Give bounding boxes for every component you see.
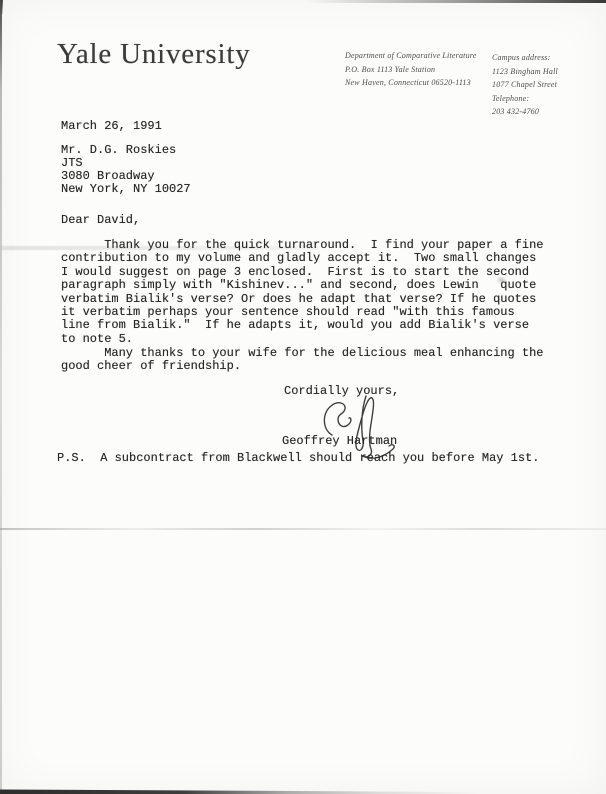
scan-crease-line — [0, 528, 606, 530]
yale-university-logotype: Yale University — [57, 38, 251, 71]
department-address-block: Department of Comparative Literature P.O… — [345, 49, 477, 90]
recipient-address-block: Mr. D.G. Roskies JTS 3080 Broadway New Y… — [61, 144, 191, 196]
body-paragraph-2: Many thanks to your wife for the delicio… — [61, 347, 543, 374]
postscript-line: P.S. A subcontract from Blackwell should… — [57, 452, 539, 465]
signer-name: Geoffrey Hartman — [282, 435, 397, 448]
salutation: Dear David, — [61, 214, 140, 227]
scanned-letter-page: Yale University Department of Comparativ… — [0, 0, 606, 794]
scan-edge-left-line — [0, 0, 2, 794]
scan-edge-bottom-line — [0, 788, 480, 794]
body-paragraph-1: Thank you for the quick turnaround. I fi… — [61, 239, 543, 346]
campus-address-block: Campus address: 1123 Bingham Hall 1077 C… — [492, 51, 558, 119]
letter-date: March 26, 1991 — [61, 120, 162, 133]
scan-edge-top-left-tick — [0, 0, 3, 14]
scan-edge-top-right-line — [306, 0, 606, 3]
